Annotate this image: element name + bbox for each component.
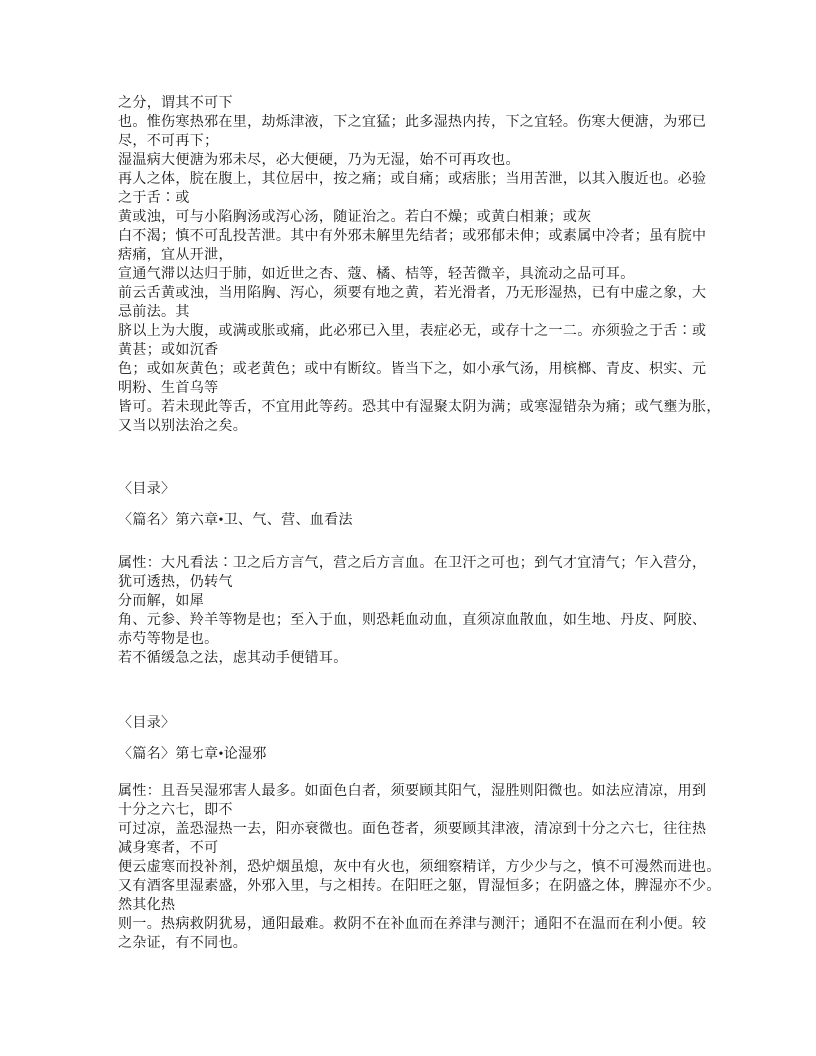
text-line: 减身寒者，不可 bbox=[118, 839, 714, 858]
text-line: 再人之体，脘在腹上，其位居中，按之痛；或自痛；或痞胀；当用苦泄，以其入腹近也。必… bbox=[118, 170, 714, 189]
toc-marker-2: 〈目录〉 bbox=[118, 714, 714, 733]
text-line: 又当以别法治之矣。 bbox=[118, 417, 714, 436]
text-line: 白不渴；慎不可乱投苦泄。其中有外邪未解里先结者；或邪郁未伸；或素属中冷者；虽有脘… bbox=[118, 227, 714, 246]
text-line: 尽，不可再下； bbox=[118, 132, 714, 151]
text-line: 属性：且吾吴湿邪害人最多。如面色白者，须要顾其阳气，湿胜则阳微也。如法应清凉，用… bbox=[118, 782, 714, 801]
text-line: 色；或如灰黄色；或老黄色；或中有断纹。皆当下之，如小承气汤，用槟榔、青皮、枳实、… bbox=[118, 360, 714, 379]
text-line: 之分，谓其不可下 bbox=[118, 94, 714, 113]
text-line: 之于舌∶或 bbox=[118, 189, 714, 208]
body-paragraph-2: 属性：大凡看法∶卫之后方言气，营之后方言血。在卫汗之可也；到气才宜清气；乍入营分… bbox=[118, 554, 714, 668]
text-line: 则一。热病救阴犹易，通阳最难。救阴不在补血而在养津与测汗；通阳不在温而在利小便。… bbox=[118, 915, 714, 934]
text-line: 前云舌黄或浊，当用陷胸、泻心，须要有地之黄，若光滑者，乃无形湿热，已有中虚之象，… bbox=[118, 284, 714, 303]
chapter-heading-chapter6: 〈篇名〉第六章•卫、气、营、血看法 bbox=[118, 511, 714, 530]
text-line: 分而解，如犀 bbox=[118, 592, 714, 611]
document-page: 之分，谓其不可下也。惟伤寒热邪在里，劫烁津液，下之宜猛；此多湿热内抟，下之宜轻。… bbox=[0, 0, 816, 1056]
text-line: 脐以上为大腹，或满或胀或痛，此必邪已入里，表症必无，或存十之一二。亦须验之于舌∶… bbox=[118, 322, 714, 341]
text-line: 角、元参、羚羊等物是也；至入于血，则恐耗血动血，直须凉血散血，如生地、丹皮、阿胶… bbox=[118, 611, 714, 630]
text-line: 也。惟伤寒热邪在里，劫烁津液，下之宜猛；此多湿热内抟，下之宜轻。伤寒大便溏，为邪… bbox=[118, 113, 714, 132]
text-line: 明粉、生首乌等 bbox=[118, 379, 714, 398]
text-line: 忌前法。其 bbox=[118, 303, 714, 322]
text-line: 皆可。若未现此等舌，不宜用此等药。恐其中有湿聚太阴为满；或寒湿错杂为痛；或气壅为… bbox=[118, 398, 714, 417]
text-line: 黄或浊，可与小陷胸汤或泻心汤，随证治之。若白不燥；或黄白相兼；或灰 bbox=[118, 208, 714, 227]
text-line: 若不循缓急之法，虑其动手便错耳。 bbox=[118, 649, 714, 668]
text-line: 之杂证，有不同也。 bbox=[118, 934, 714, 953]
body-paragraph-1: 之分，谓其不可下也。惟伤寒热邪在里，劫烁津液，下之宜猛；此多湿热内抟，下之宜轻。… bbox=[118, 94, 714, 436]
text-line: 可过凉，盖恐湿热一去，阳亦衰微也。面色苍者，须要顾其津液，清凉到十分之六七，往往… bbox=[118, 820, 714, 839]
text-line: 宣通气滞以达归于肺，如近世之杏、蔻、橘、桔等，轻苦微辛，具流动之品可耳。 bbox=[118, 265, 714, 284]
chapter-heading-chapter7: 〈篇名〉第七章•论湿邪 bbox=[118, 745, 714, 764]
text-line: 痞痛，宜从开泄， bbox=[118, 246, 714, 265]
body-paragraph-3: 属性：且吾吴湿邪害人最多。如面色白者，须要顾其阳气，湿胜则阳微也。如法应清凉，用… bbox=[118, 782, 714, 953]
text-line: 赤芍等物是也。 bbox=[118, 630, 714, 649]
text-line: 湿温病大便溏为邪未尽，必大便硬，乃为无湿，始不可再攻也。 bbox=[118, 151, 714, 170]
text-line: 十分之六七，即不 bbox=[118, 801, 714, 820]
text-line: 又有酒客里湿素盛，外邪入里，与之相抟。在阳旺之躯，胃湿恒多；在阴盛之体，脾湿亦不… bbox=[118, 877, 714, 896]
text-line: 属性：大凡看法∶卫之后方言气，营之后方言血。在卫汗之可也；到气才宜清气；乍入营分… bbox=[118, 554, 714, 573]
text-line: 便云虚寒而投补剂，恐炉烟虽熄，灰中有火也，须细察精详，方少少与之，慎不可漫然而进… bbox=[118, 858, 714, 877]
toc-marker-1: 〈目录〉 bbox=[118, 480, 714, 499]
text-line: 黄甚；或如沉香 bbox=[118, 341, 714, 360]
text-line: 然其化热 bbox=[118, 896, 714, 915]
text-line: 犹可透热，仍转气 bbox=[118, 573, 714, 592]
